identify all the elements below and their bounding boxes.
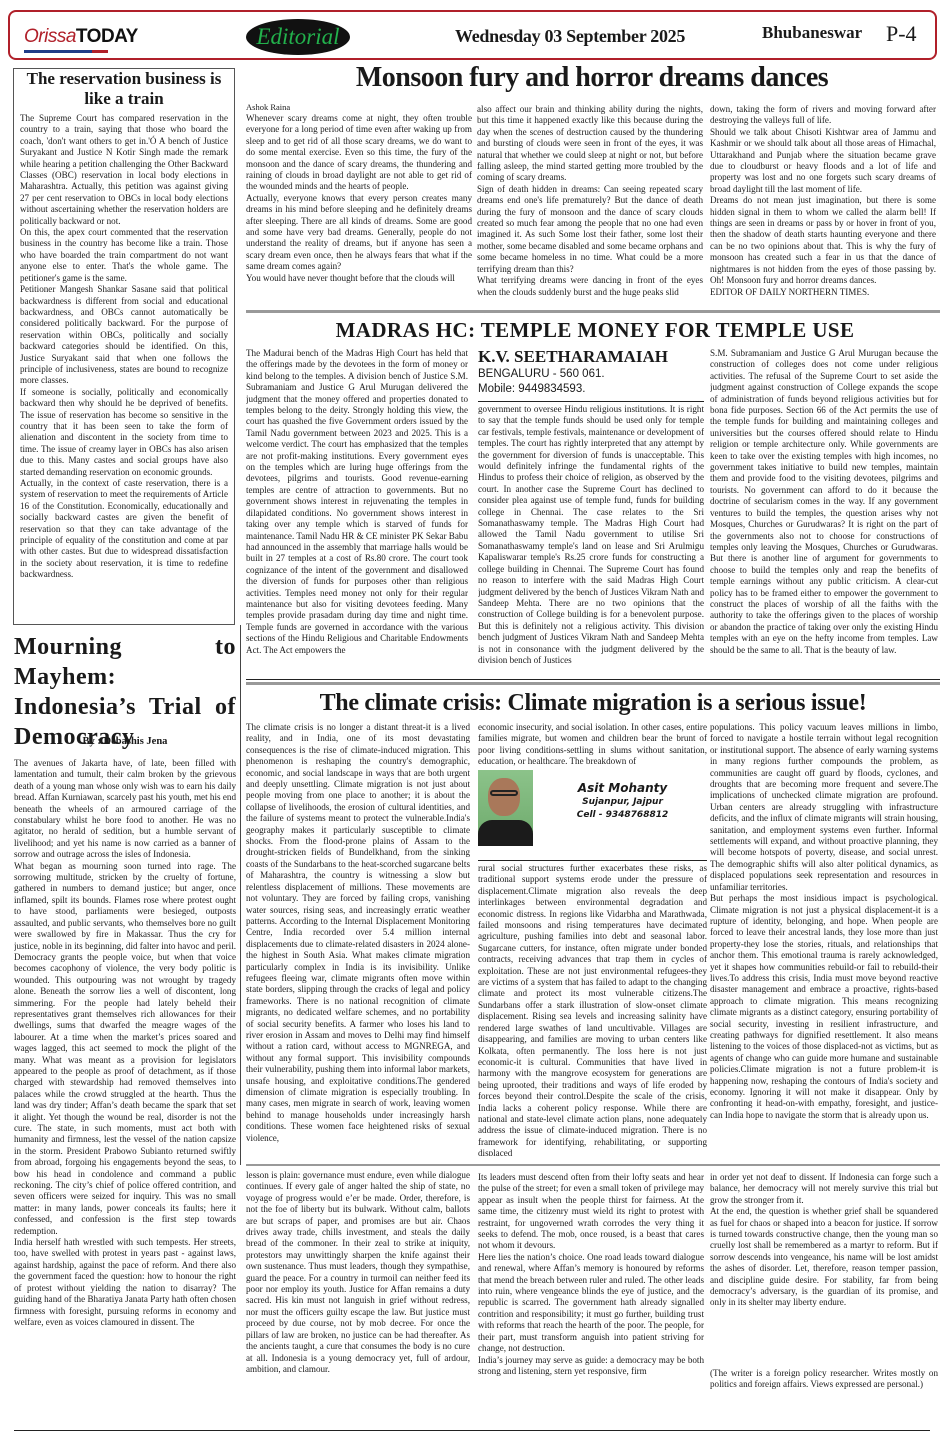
author-divider <box>478 860 707 861</box>
article-column: government to oversee Hindu religious in… <box>478 404 704 674</box>
page-bottom-rule <box>14 1430 930 1431</box>
logo-prefix: Orissa <box>24 26 76 47</box>
article-body: The Supreme Court has compared reservati… <box>20 113 228 581</box>
edition-city: Bhubaneswar <box>762 23 862 43</box>
article-column: also affect our brain and thinking abili… <box>477 104 703 298</box>
paragraph: On this, the apex court commented that t… <box>20 227 228 284</box>
article-column: economic insecurity, and social isolatio… <box>478 722 707 768</box>
author-card: Asit Mohanty Sujanpur, Jajpur Cell - 934… <box>478 770 707 848</box>
page-number: P-4 <box>886 21 917 47</box>
author-place: Sujanpur, Jajpur <box>540 796 705 809</box>
article-column: Whenever scary dreams come at night, the… <box>246 113 472 284</box>
article-title: The climate crisis: Climate migration is… <box>246 690 940 717</box>
author-mobile: Mobile: 9449834593. <box>478 382 708 397</box>
article-column: rural social structures further exacerba… <box>478 863 707 1156</box>
author-box: K.V. SEETHARAMAIAH BENGALURU - 560 061. … <box>478 347 708 397</box>
reservation-article: The reservation business is like a train… <box>13 68 235 625</box>
paragraph: Petitioner Mangesh Shankar Sasane said t… <box>20 284 228 387</box>
author-name: K.V. SEETHARAMAIAH <box>478 347 708 367</box>
logo-suffix: TODAY <box>76 26 138 47</box>
paragraph: The Supreme Court has compared reservati… <box>20 113 228 227</box>
article-column: The avenues of Jakarta have, of late, be… <box>14 758 236 1412</box>
author-name: Asit Mohanty <box>540 780 705 796</box>
section-divider <box>246 1164 940 1166</box>
article-column: lesson is plain: governance must endure,… <box>246 1170 470 1410</box>
section-divider <box>246 682 940 685</box>
writer-note: (The writer is a foreign policy research… <box>710 1368 938 1391</box>
article-title: Monsoon fury and horror dreams dances <box>242 62 942 94</box>
column-rule <box>240 625 241 1165</box>
section-divider <box>246 310 940 313</box>
article-title: Mourning to Mayhem: Indonesia’s Trial of… <box>14 632 236 752</box>
logo-underline <box>24 50 94 53</box>
article-title: The reservation business is like a train <box>20 69 228 109</box>
article-column: down, taking the form of rivers and movi… <box>710 104 936 298</box>
article-byline: Ashok Raina <box>246 102 290 112</box>
author-cell: Cell - 9348768812 <box>540 809 705 822</box>
article-byline: By : Debashis Jena <box>14 736 236 747</box>
section-badge: Editorial <box>246 19 350 55</box>
author-city: BENGALURU - 560 061. <box>478 367 708 382</box>
issue-date: Wednesday 03 September 2025 <box>455 26 685 47</box>
paragraph: If someone is socially, politically and … <box>20 387 228 478</box>
article-column: The Madurai bench of the Madras High Cou… <box>246 348 468 674</box>
publication-logo[interactable]: OrissaTODAY <box>24 26 138 48</box>
logo-underline-accent <box>92 50 108 53</box>
article-title: MADRAS HC: TEMPLE MONEY FOR TEMPLE USE <box>250 318 940 343</box>
paragraph: Actually, in the context of caste reserv… <box>20 478 228 581</box>
author-photo <box>478 770 533 846</box>
section-divider <box>246 679 940 680</box>
article-column: in order yet not deaf to dissent. If Ind… <box>710 1172 938 1309</box>
author-divider <box>478 401 704 402</box>
article-column: S.M. Subramaniam and Justice G Arul Muru… <box>710 348 938 674</box>
article-column: The climate crisis is no longer a distan… <box>246 722 470 1156</box>
article-column: populations. This policy vacuum leaves m… <box>710 722 938 1156</box>
article-column: Its leaders must descend often from thei… <box>478 1172 704 1410</box>
masthead: OrissaTODAY Editorial Wednesday 03 Septe… <box>8 10 937 60</box>
